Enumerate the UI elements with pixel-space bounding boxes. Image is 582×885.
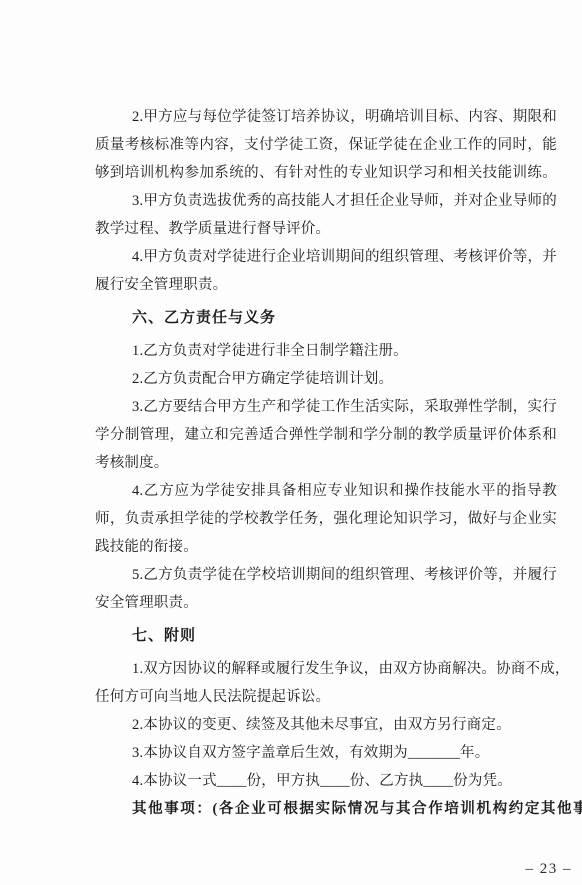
text-line: 4.甲方负责对学徒进行企业培训期间的组织管理、考核评价等，并 [95,243,557,271]
text-line: 4.本协议一式____份，甲方执____份、乙方执____份为凭。 [95,767,557,795]
text-line: 3.乙方要结合甲方生产和学徒工作生活实际，采取弹性学制，实行 [95,393,557,421]
text-line: 践技能的衔接。 [95,533,557,561]
section-heading: 七、附则 [95,622,557,650]
text-line: 3.本协议自双方签字盖章后生效，有效期为_______年。 [95,739,557,767]
text-line: 履行安全管理职责。 [95,271,557,299]
text-line: 够到培训机构参加系统的、有针对性的专业知识学习和相关技能训练。 [95,159,557,187]
page-number: – 23 – [526,861,573,878]
text-line: 2.本协议的变更、续签及其他未尽事宜，由双方另行商定。 [95,711,557,739]
text-line: 1.乙方负责对学徒进行非全日制学籍注册。 [95,337,557,365]
text-line: 4.乙方应为学徒安排具备相应专业知识和操作技能水平的指导教 [95,477,557,505]
text-line: 质量考核标准等内容，支付学徒工资，保证学徒在企业工作的同时，能 [95,131,557,159]
text-line: 1.双方因协议的解释或履行发生争议，由双方协商解决。协商不成， [95,655,557,683]
text-line: 教学过程、教学质量进行督导评价。 [95,215,557,243]
text-line: 考核制度。 [95,449,557,477]
text-line: 任何方可向当地人民法院提起诉讼。 [95,683,557,711]
text-line: 安全管理职责。 [95,589,557,617]
text-line: 其他事项：(各企业可根据实际情况与其合作培训机构约定其他事 [95,795,557,823]
text-line: 学分制管理，建立和完善适合弹性学制和学分制的教学质量评价体系和 [95,421,557,449]
text-line: 2.乙方负责配合甲方确定学徒培训计划。 [95,365,557,393]
text-line: 师，负责承担学徒的学校教学任务，强化理论知识学习，做好与企业实 [95,505,557,533]
document-body: 2.甲方应与每位学徒签订培养协议，明确培训目标、内容、期限和质量考核标准等内容，… [95,103,557,823]
text-line: 5.乙方负责学徒在学校培训期间的组织管理、考核评价等，并履行 [95,561,557,589]
section-heading: 六、乙方责任与义务 [95,304,557,332]
text-line: 3.甲方负责选拔优秀的高技能人才担任企业导师，并对企业导师的 [95,187,557,215]
scanned-document-page: 2.甲方应与每位学徒签订培养协议，明确培训目标、内容、期限和质量考核标准等内容，… [0,0,582,885]
text-line: 2.甲方应与每位学徒签订培养协议，明确培训目标、内容、期限和 [95,103,557,131]
